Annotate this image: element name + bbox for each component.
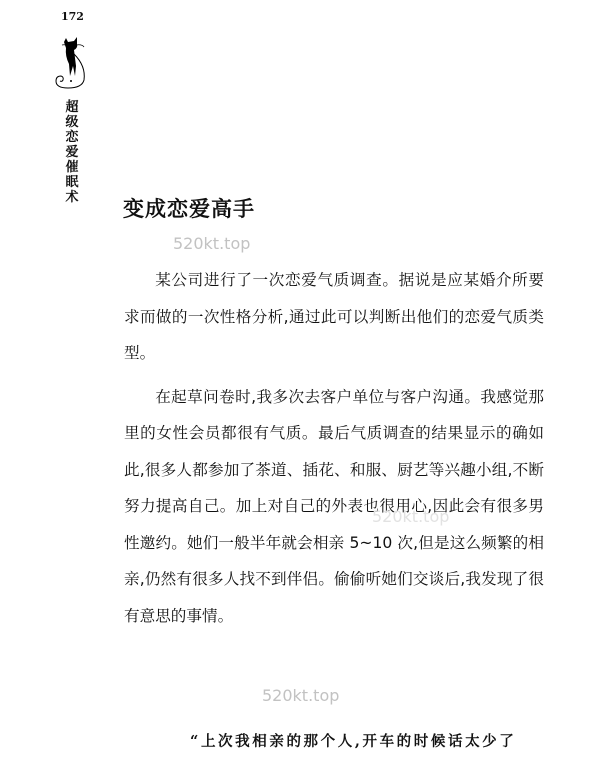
page-number: 172 bbox=[61, 10, 84, 23]
cat-silhouette-icon bbox=[52, 36, 92, 94]
section-title: 变成恋爱高手 bbox=[123, 193, 255, 223]
quote-text: “上次我相亲的那个人,开车的时候话太少了 bbox=[190, 730, 516, 751]
watermark: 520kt.top bbox=[372, 507, 449, 526]
paragraph: 在起草问卷时,我多次去客户单位与客户沟通。我感觉那里的女性会员都很有气质。最后气… bbox=[124, 379, 544, 635]
body-text: 某公司进行了一次恋爱气质调查。据说是应某婚介所要求而做的一次性格分析,通过此可以… bbox=[124, 262, 544, 634]
watermark: 520kt.top bbox=[262, 686, 339, 705]
running-title: 超级恋爱催眠术 bbox=[64, 100, 80, 205]
watermark: 520kt.top bbox=[173, 234, 250, 253]
paragraph: 某公司进行了一次恋爱气质调查。据说是应某婚介所要求而做的一次性格分析,通过此可以… bbox=[124, 262, 544, 372]
